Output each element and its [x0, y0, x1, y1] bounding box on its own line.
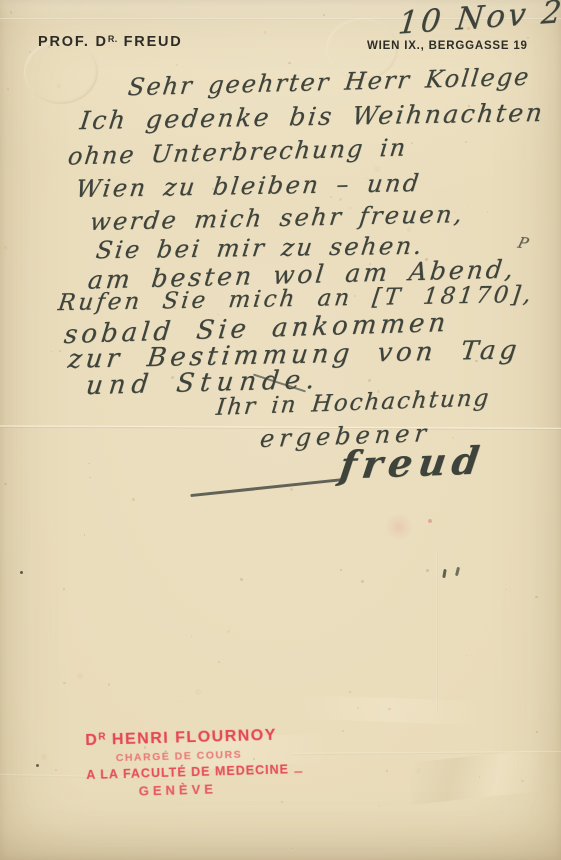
foxing-speck — [291, 848, 293, 850]
foxing-speck — [191, 636, 192, 637]
foxing-speck — [426, 569, 429, 572]
stamp-title-line: CHARGÉ DE COURS — [116, 747, 302, 764]
foxing-speck — [323, 14, 325, 16]
foxing-speck — [271, 480, 273, 482]
stamp-city-line: GENÈVE — [139, 779, 303, 799]
letter-line: ohne Unterbrechung in — [67, 136, 409, 169]
foxing-speck — [466, 655, 467, 656]
foxing-speck — [468, 207, 469, 208]
letterhead-name-superscript: R. — [108, 34, 118, 44]
stamp-name-tail: HENRI FLOURNOY — [106, 727, 277, 749]
paper-crease-vertical — [436, 552, 438, 712]
foxing-speck — [77, 673, 82, 678]
stamp-name-main: D — [85, 732, 99, 749]
ink-speck — [20, 571, 23, 574]
stamp-name-superscript: R — [98, 731, 106, 742]
foxing-speck — [264, 31, 267, 34]
signature-lead-stroke — [190, 478, 344, 497]
foxing-speck — [63, 588, 65, 590]
handwritten-date: 10 Nov 26 — [397, 0, 561, 40]
foxing-speck — [195, 689, 201, 695]
paper-wrinkle — [408, 749, 542, 804]
foxing-speck — [368, 379, 371, 382]
ink-speck — [36, 764, 39, 767]
foxing-speck — [288, 62, 291, 65]
ink-speck — [455, 567, 460, 576]
letter-paper: PROF. DR. FREUD WIEN IX., BERGGASSE 19 1… — [0, 0, 561, 860]
foxing-speck — [108, 683, 110, 685]
flournoy-stamp: DR HENRI FLOURNOY CHARGÉ DE COURS A LA F… — [85, 726, 303, 800]
foxing-speck — [339, 198, 342, 201]
foxing-speck — [479, 776, 481, 778]
paper-crease-bottom-right — [292, 751, 561, 755]
letter-line: Wien zu bleiben – und — [75, 171, 423, 201]
foxing-speck — [378, 805, 379, 806]
letterhead-name: PROF. DR. FREUD — [38, 34, 183, 50]
foxing-speck — [416, 768, 421, 773]
foxing-speck — [506, 589, 507, 590]
foxing-speck — [240, 578, 243, 581]
foxing-speck — [342, 730, 344, 732]
foxing-speck — [89, 477, 91, 479]
foxing-speck — [349, 691, 351, 693]
pink-smudge — [386, 512, 412, 542]
foxing-speck — [536, 731, 538, 733]
foxing-speck — [55, 769, 57, 771]
foxing-speck — [4, 246, 7, 249]
letterhead-address: WIEN IX., BERGGASSE 19 — [367, 40, 528, 52]
foxing-speck — [181, 701, 182, 702]
foxing-speck — [218, 661, 220, 663]
foxing-speck — [340, 569, 343, 572]
stray-ink-mark: P — [516, 236, 530, 252]
stamp-name-line: DR HENRI FLOURNOY — [85, 726, 301, 750]
foxing-speck — [386, 770, 388, 772]
foxing-speck — [411, 142, 413, 144]
foxing-speck — [227, 630, 230, 633]
letter-line: Rufen Sie mich an [T 18170], — [57, 284, 535, 315]
foxing-speck — [63, 682, 65, 684]
foxing-speck — [527, 37, 529, 39]
letter-line-salutation: Sehr geehrter Herr Kollege — [127, 65, 532, 100]
letter-line: werde mich sehr freuen, — [89, 202, 466, 234]
foxing-speck — [4, 483, 7, 486]
foxing-speck — [487, 211, 488, 212]
foxing-speck — [88, 463, 89, 464]
foxing-speck — [51, 351, 52, 352]
stamp-faculty-text: A LA FACULTÉ DE MEDECINE — [86, 762, 289, 782]
freud-signature: freud — [337, 441, 487, 484]
letter-line: Ich gedenke bis Weihnachten — [78, 100, 545, 133]
foxing-speck — [57, 84, 61, 88]
foxing-speck — [10, 11, 13, 14]
foxing-speck — [290, 488, 293, 491]
foxing-speck — [465, 141, 467, 143]
foxing-speck — [281, 801, 283, 803]
foxing-speck — [59, 350, 61, 352]
foxing-speck — [521, 780, 524, 783]
foxing-speck — [388, 708, 390, 710]
foxing-speck — [361, 580, 363, 582]
foxing-speck — [357, 707, 359, 709]
foxing-speck — [176, 64, 179, 67]
foxing-speck — [7, 88, 9, 90]
foxing-speck — [41, 754, 47, 760]
paper-wrinkle — [300, 695, 481, 725]
letterhead-name-main: PROF. D — [38, 34, 108, 50]
foxing-speck — [84, 534, 86, 536]
ink-speck — [442, 569, 447, 578]
letterhead-name-tail: FREUD — [118, 34, 183, 50]
stamp-ink-mark — [294, 771, 302, 773]
foxing-speck — [535, 596, 537, 598]
pink-smudge — [428, 519, 432, 523]
foxing-speck — [29, 51, 31, 53]
foxing-speck — [55, 523, 56, 524]
foxing-speck — [132, 498, 135, 501]
